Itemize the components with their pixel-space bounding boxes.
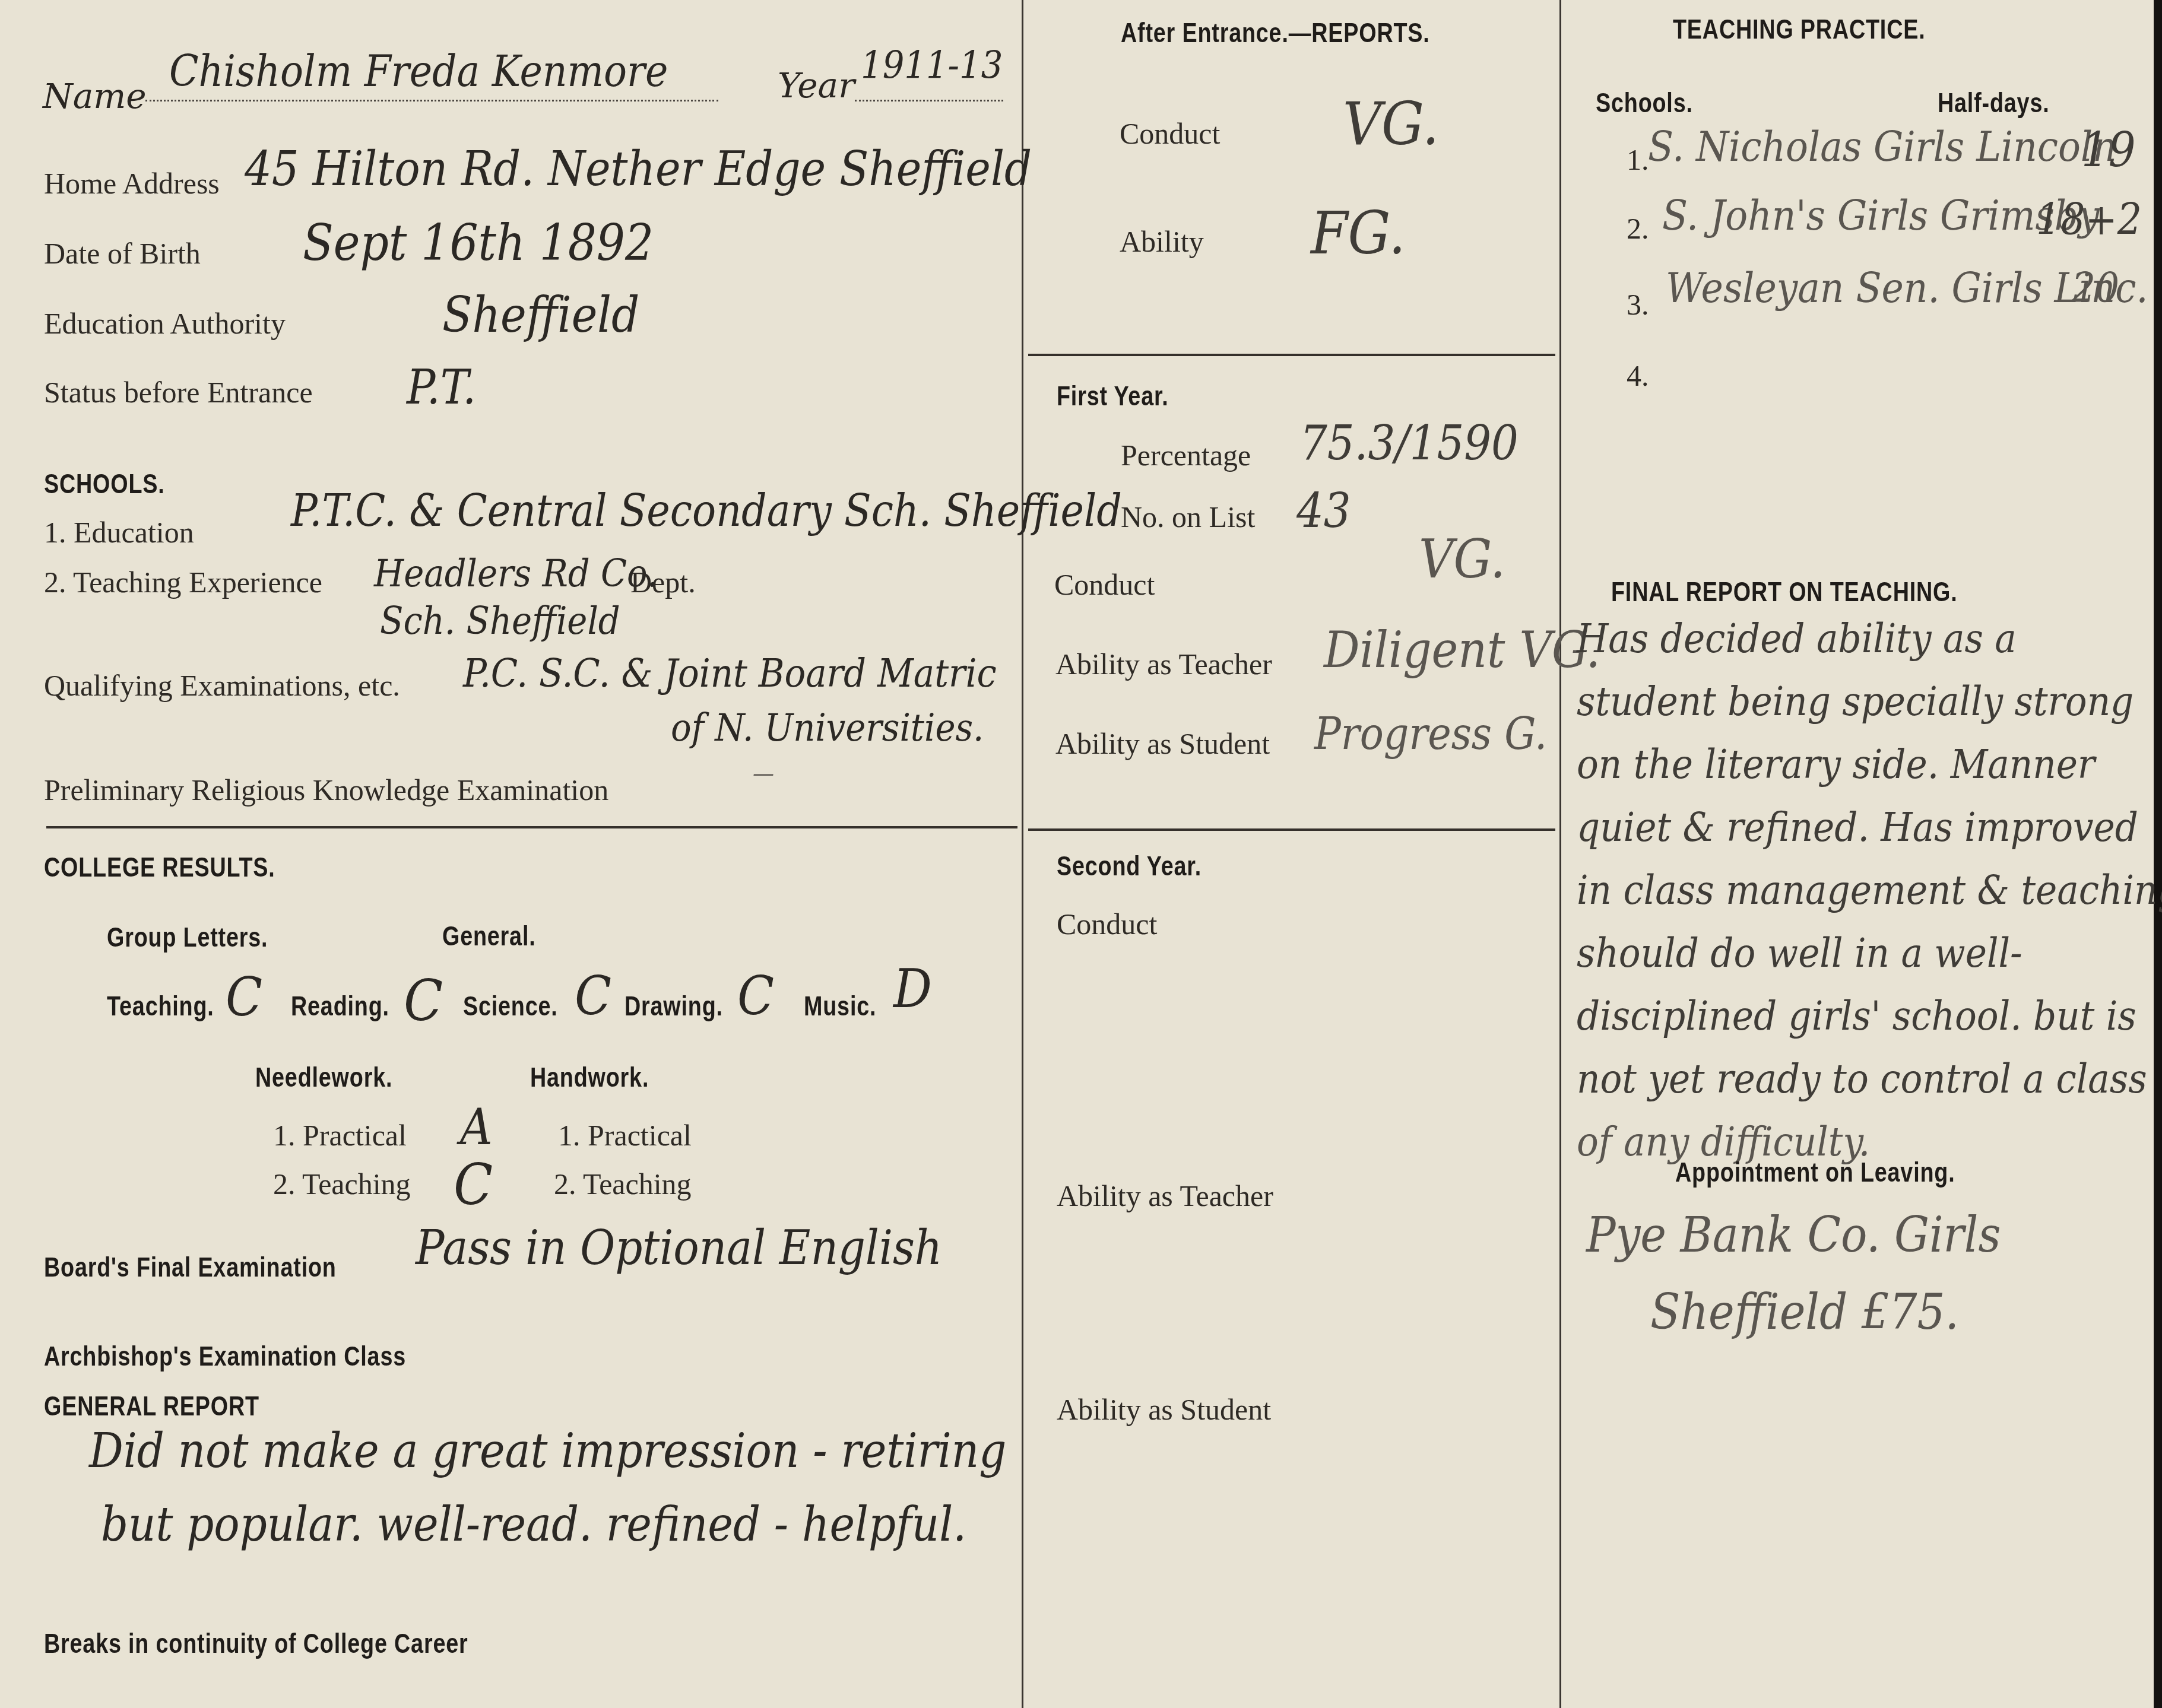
breaks-label: Breaks in continuity of College Career — [44, 1627, 468, 1659]
reports-heading: After Entrance.—REPORTS. — [1121, 17, 1430, 49]
first-year-heading: First Year. — [1057, 380, 1169, 412]
practice-entry-school: S. John's Girls Grimsby — [1662, 191, 2100, 240]
second-year-ability-teacher-label: Ability as Teacher — [1057, 1179, 1273, 1213]
mid-column-rule-top — [1028, 354, 1555, 356]
qualifying-exams-value-2: of N. Universities. — [671, 706, 984, 750]
home-address-label: Home Address — [44, 166, 220, 201]
left-column-rule — [46, 826, 1017, 828]
teaching-experience-value-2: Sch. Sheffield — [380, 599, 620, 643]
final-report-heading: FINAL REPORT ON TEACHING. — [1611, 576, 1958, 608]
education-label: 1. Education — [44, 515, 194, 550]
college-results-heading: COLLEGE RESULTS. — [44, 851, 275, 883]
religious-exam-value: — — [753, 760, 774, 787]
no-on-list-value: 43 — [1296, 483, 1351, 538]
needlework-practical-label: 1. Practical — [273, 1118, 407, 1153]
year-value: 1911-13 — [861, 44, 1003, 88]
half-days-column-label: Half-days. — [1938, 87, 2049, 119]
handwork-practical-label: 1. Practical — [558, 1118, 692, 1153]
general-report-line-1: Did not make a great impression - retiri… — [89, 1423, 1006, 1478]
first-year-ability-student-label: Ability as Student — [1055, 726, 1270, 761]
column-divider-left — [1022, 0, 1023, 1708]
percentage-value: 75.3/1590 — [1300, 415, 1519, 471]
dob-label: Date of Birth — [44, 236, 201, 271]
final-report-line: should do well in a well- — [1577, 922, 2090, 985]
name-value: Chisholm Freda Kenmore — [169, 46, 668, 96]
grade-music: D — [893, 958, 932, 1020]
needlework-label: Needlework. — [255, 1061, 392, 1093]
practice-entry-half-days: 18+2 — [2036, 195, 2142, 245]
second-year-heading: Second Year. — [1057, 850, 1202, 882]
second-year-ability-student-label: Ability as Student — [1057, 1392, 1271, 1427]
schools-heading: SCHOOLS. — [44, 468, 165, 500]
first-year-ability-teacher-value: Diligent VG. — [1324, 621, 1600, 679]
needlework-teaching-label: 2. Teaching — [273, 1167, 411, 1201]
subject-teaching: Teaching. — [107, 990, 214, 1022]
after-entrance-ability-value: FG. — [1311, 198, 1406, 268]
grade-teaching: C — [226, 966, 262, 1028]
grade-drawing: C — [737, 965, 774, 1027]
name-label: Name — [43, 76, 147, 116]
handwork-teaching-label: 2. Teaching — [554, 1167, 692, 1201]
qualifying-exams-value: P.C. S.C. & Joint Board Matric — [463, 650, 997, 696]
after-entrance-conduct-label: Conduct — [1120, 116, 1220, 151]
archbishop-exam-label: Archbishop's Examination Class — [44, 1340, 406, 1372]
column-divider-right — [1559, 0, 1561, 1708]
year-field: 1911-13 — [855, 66, 1003, 101]
percentage-label: Percentage — [1121, 438, 1251, 472]
first-year-conduct-label: Conduct — [1054, 567, 1155, 602]
final-report-line: disciplined girls' school. but is — [1577, 985, 2090, 1048]
education-value: P.T.C. & Central Secondary Sch. Sheffiel… — [291, 485, 1122, 536]
education-authority-value: Sheffield — [442, 287, 639, 344]
practice-entry-num: 1. — [1627, 142, 1649, 177]
appointment-heading: Appointment on Leaving. — [1675, 1156, 1955, 1188]
practice-entry-school: S. Nicholas Girls Lincoln — [1648, 122, 2117, 171]
general-report-line-2: but popular. well-read. refined - helpfu… — [101, 1497, 966, 1552]
first-year-ability-teacher-label: Ability as Teacher — [1055, 647, 1272, 681]
group-letters-label: Group Letters. — [107, 921, 268, 953]
practice-entry-num: 4. — [1627, 358, 1649, 393]
scan-edge — [2154, 0, 2162, 1708]
mid-column-rule-bottom — [1028, 828, 1555, 831]
status-label: Status before Entrance — [44, 375, 313, 409]
first-year-ability-student-value: Progress G. — [1314, 709, 1547, 760]
final-report-line: in class management & teaching — [1577, 859, 2090, 922]
no-on-list-label: No. on List — [1121, 500, 1255, 534]
first-year-conduct-value: VG. — [1419, 528, 1505, 591]
name-field: Chisholm Freda Kenmore — [145, 66, 718, 101]
needlework-practical-grade: A — [460, 1098, 493, 1156]
final-report-line: Has decided ability as a — [1577, 608, 2090, 671]
after-entrance-conduct-value: VG. — [1343, 89, 1439, 158]
home-address-value: 45 Hilton Rd. Nether Edge Sheffield — [245, 141, 1032, 196]
dob-value: Sept 16th 1892 — [303, 214, 654, 272]
final-report-text: Has decided ability as a student being s… — [1577, 608, 2147, 1174]
general-report-label: GENERAL REPORT — [44, 1390, 259, 1422]
dept-label: Dept. — [630, 565, 696, 599]
schools-column-label: Schools. — [1596, 87, 1693, 119]
general-label: General. — [442, 920, 536, 952]
final-report-line: not yet ready to control a class — [1577, 1048, 2090, 1111]
subject-drawing: Drawing. — [624, 990, 723, 1022]
teaching-experience-value: Headlers Rd Co. — [374, 552, 658, 596]
appointment-line-1: Pye Bank Co. Girls — [1586, 1207, 2001, 1263]
education-authority-label: Education Authority — [44, 306, 286, 341]
boards-final-label: Board's Final Examination — [44, 1251, 337, 1283]
grade-science: C — [575, 965, 611, 1027]
boards-final-value: Pass in Optional English — [416, 1220, 942, 1275]
grade-reading: C — [404, 967, 443, 1034]
subject-music: Music. — [804, 990, 876, 1022]
after-entrance-ability-label: Ability — [1120, 224, 1204, 259]
practice-entry-num: 2. — [1627, 211, 1649, 246]
needlework-teaching-grade: C — [454, 1151, 493, 1218]
subject-science: Science. — [463, 990, 558, 1022]
practice-entry-half-days: 20 — [2072, 263, 2119, 312]
practice-entry-num: 3. — [1627, 287, 1649, 322]
final-report-line: quiet & refined. Has improved — [1577, 796, 2090, 859]
second-year-conduct-label: Conduct — [1057, 907, 1157, 941]
final-report-line: on the literary side. Manner — [1577, 734, 2090, 796]
final-report-line: student being specially strong — [1577, 671, 2090, 734]
status-value: P.T. — [407, 360, 476, 415]
year-label: Year — [778, 65, 855, 106]
religious-exam-label: Preliminary Religious Knowledge Examinat… — [44, 773, 608, 807]
teaching-experience-label: 2. Teaching Experience — [44, 565, 322, 599]
handwork-label: Handwork. — [530, 1061, 649, 1093]
teaching-practice-heading: TEACHING PRACTICE. — [1673, 13, 1926, 45]
subject-reading: Reading. — [291, 990, 389, 1022]
qualifying-exams-label: Qualifying Examinations, etc. — [44, 668, 400, 703]
appointment-line-2: Sheffield £75. — [1650, 1284, 1959, 1341]
practice-entry-half-days: 19 — [2081, 122, 2136, 177]
